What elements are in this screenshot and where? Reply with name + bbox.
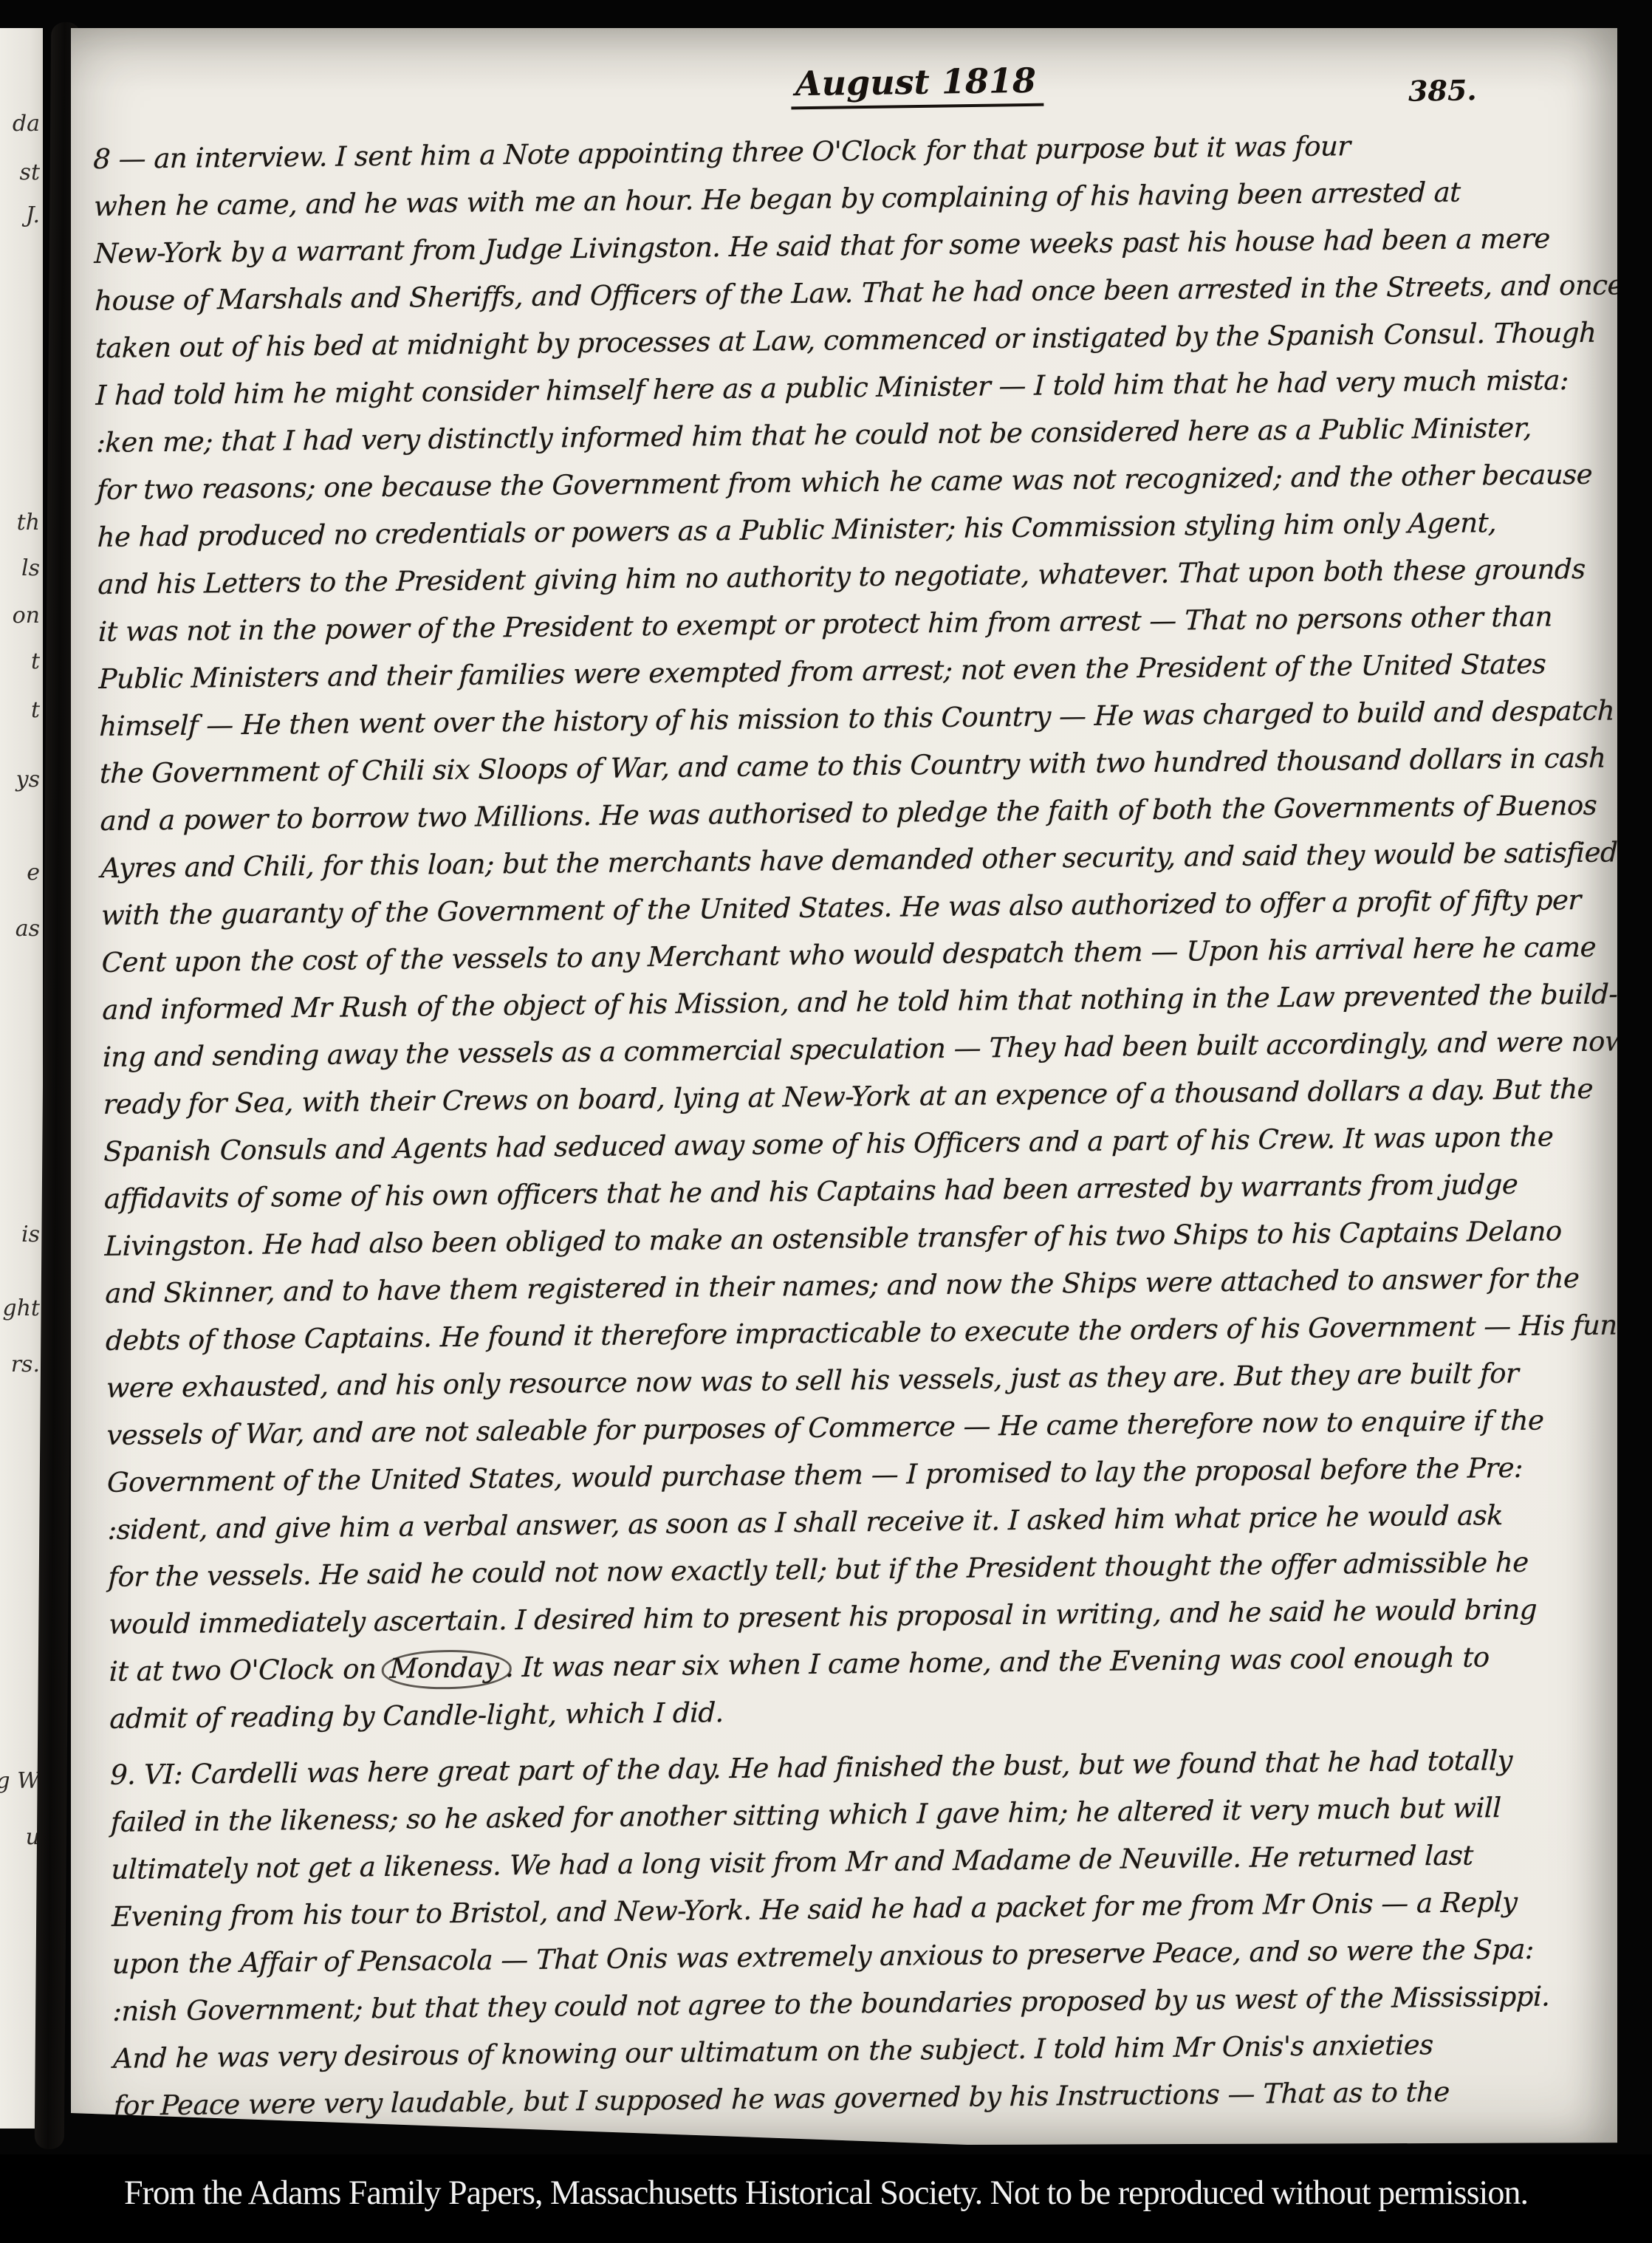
scanned-document: dastJ.thlsonttyseasisghtrs.g Wu August 1… (0, 0, 1652, 2243)
margin-fragment: t (31, 697, 40, 723)
manuscript-lines: 8 — an interview. I sent him a Note appo… (93, 120, 1620, 2130)
margin-fragment: t (31, 648, 40, 674)
margin-fragment: da (13, 111, 40, 137)
margin-fragment: as (16, 916, 40, 942)
margin-fragment: e (27, 860, 40, 886)
date-heading: August 1818 (791, 61, 1044, 110)
margin-fragment: on (13, 603, 40, 629)
margin-fragment: ys (16, 767, 40, 792)
margin-fragment: g W (0, 1768, 40, 1794)
margin-fragment: th (17, 510, 40, 535)
margin-fragment: J. (26, 202, 40, 228)
page-number: 385. (1408, 73, 1477, 108)
margin-fragment: ght (2, 1295, 40, 1321)
margin-fragment: st (20, 160, 40, 185)
margin-fragment: ls (21, 555, 40, 581)
margin-fragment: is (21, 1222, 40, 1247)
caption-text: From the Adams Family Papers, Massachuse… (16, 2173, 1635, 2213)
circled-word: Monday (381, 1649, 512, 1690)
manuscript-page: August 1818 385. 8 — an interview. I sen… (71, 28, 1617, 2145)
margin-fragment: rs. (11, 1352, 40, 1377)
